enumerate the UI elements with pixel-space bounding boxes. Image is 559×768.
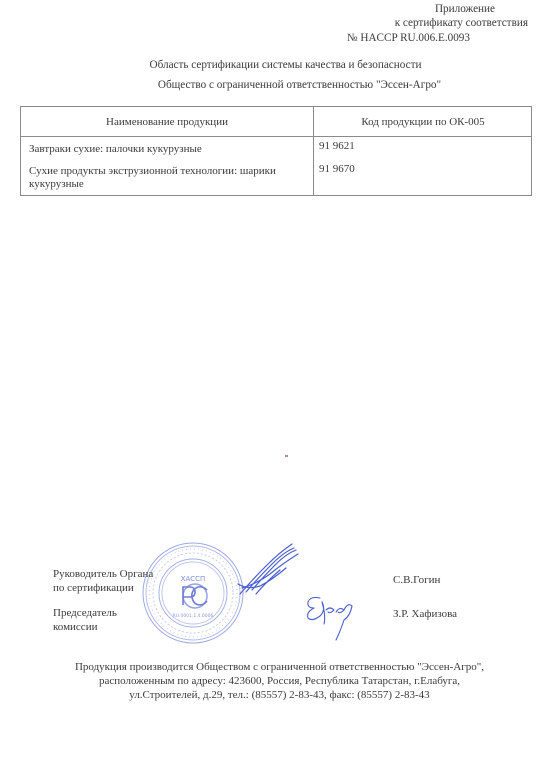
table-header-product-code: Код продукции по ОК-005 bbox=[314, 116, 532, 128]
svg-text:RU.0001.1.4.0006: RU.0001.1.4.0006 bbox=[173, 613, 214, 619]
svg-text:ХАССП: ХАССП bbox=[181, 575, 206, 583]
head-name: С.В.Гогин bbox=[393, 574, 440, 587]
table-cell-product-code: 91 9621 bbox=[319, 140, 355, 153]
chair-title-label: комиссии bbox=[53, 621, 97, 634]
certification-stamp-icon: ХАССП RU.0001.1.4.0006 bbox=[141, 541, 245, 645]
table-cell-product-name: Завтраки сухие: палочки кукурузные bbox=[29, 143, 202, 156]
producer-info-line: Продукция производится Обществом с огран… bbox=[0, 660, 559, 674]
scope-title: Область сертификации системы качества и … bbox=[0, 59, 559, 72]
table-header-divider bbox=[21, 136, 531, 137]
product-table: Наименование продукции Код продукции по … bbox=[20, 106, 532, 196]
chair-name: З.Р. Хафизова bbox=[393, 608, 457, 621]
table-cell-product-code: 91 9670 bbox=[319, 163, 355, 176]
appendix-certificate-number: № HACCP RU.006.E.0093 bbox=[347, 32, 470, 45]
chair-title-label: Председатель bbox=[53, 607, 117, 620]
producer-info-line: расположенным по адресу: 423600, Россия,… bbox=[0, 674, 559, 688]
head-title-label: Руководитель Органа bbox=[53, 568, 153, 581]
table-cell-product-name: Сухие продукты экструзионной технологии:… bbox=[29, 165, 299, 191]
producer-info: Продукция производится Обществом с огран… bbox=[0, 660, 559, 702]
head-signature-icon bbox=[232, 540, 302, 600]
appendix-certificate-ref: к сертификату соответствия bbox=[395, 17, 528, 30]
chair-signature-icon bbox=[300, 592, 358, 644]
table-header-product-name: Наименование продукции bbox=[21, 116, 313, 128]
appendix-label: Приложение bbox=[435, 3, 495, 16]
head-title-label: по сертификации bbox=[53, 582, 134, 595]
company-title: Общество с ограниченной ответственностью… bbox=[0, 79, 559, 92]
producer-info-line: ул.Строителей, д.29, тел.: (85557) 2-83-… bbox=[0, 688, 559, 702]
scan-artifact bbox=[285, 455, 288, 457]
